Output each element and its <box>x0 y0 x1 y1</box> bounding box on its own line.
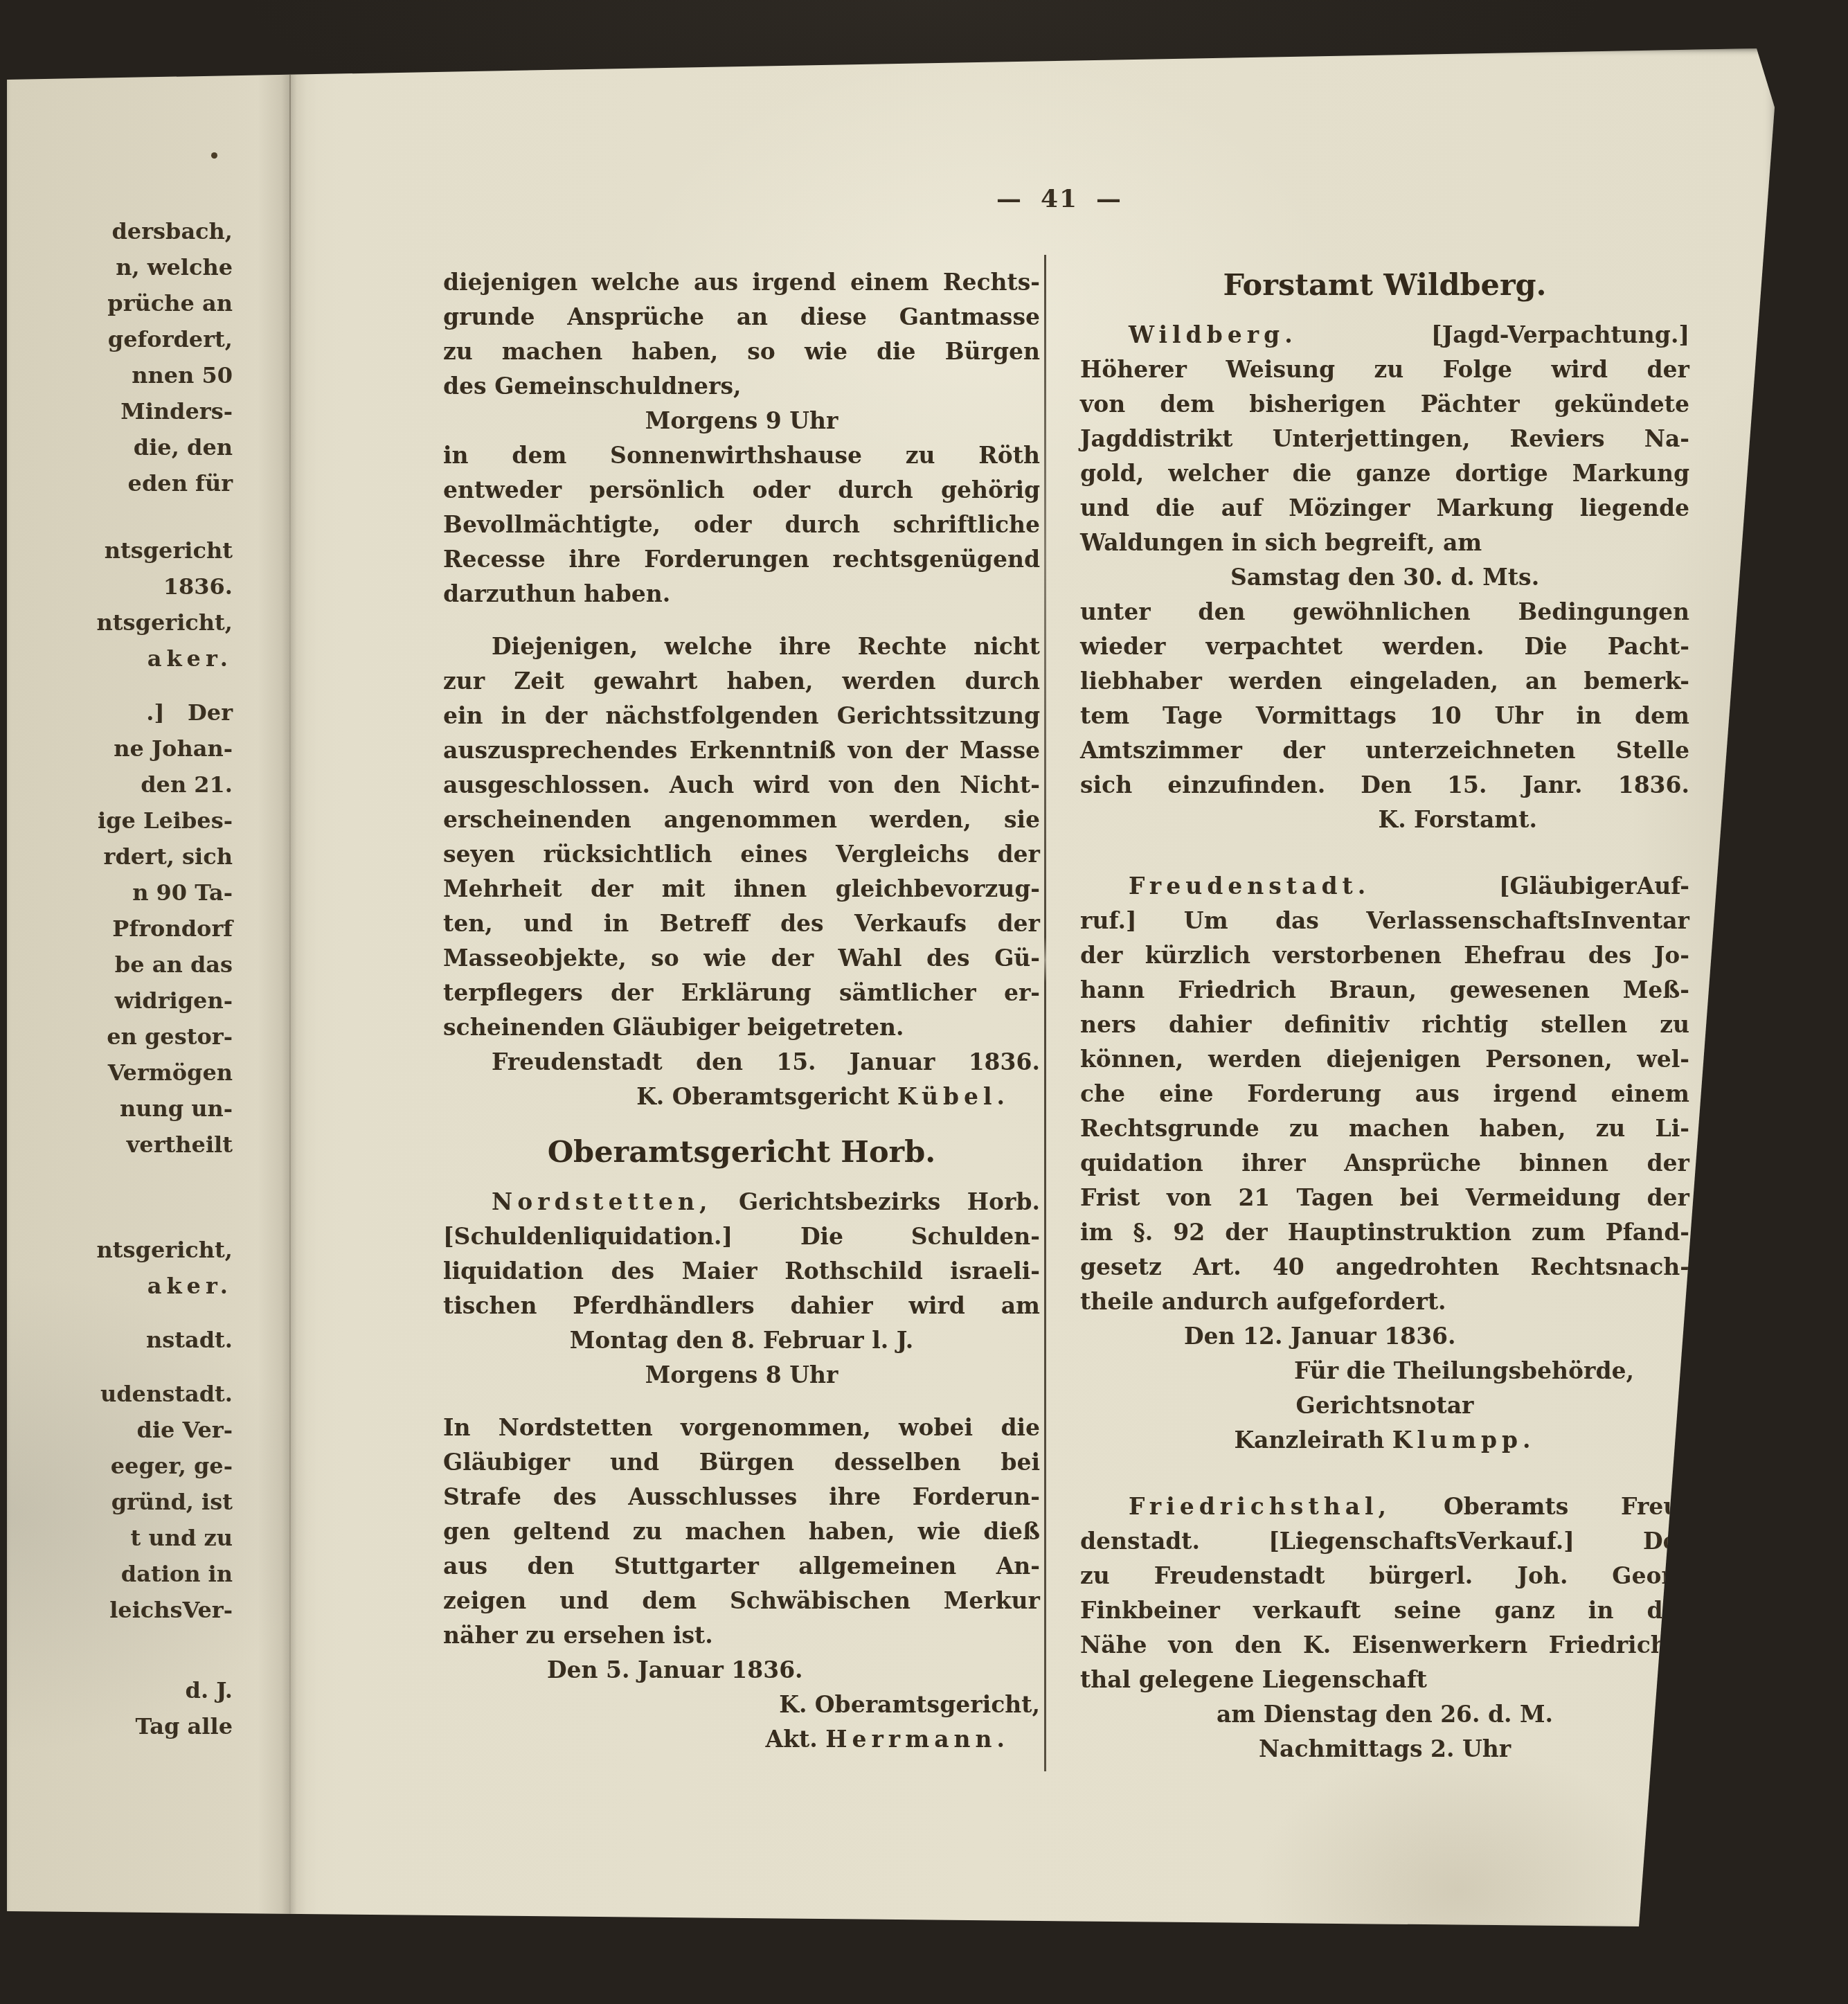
notice-gant-roeth: diejenigen welche aus irgend einem Recht… <box>443 265 1040 611</box>
text-line: Strafe des Ausschlusses ihre Forderun- <box>443 1480 1040 1514</box>
text-line: gold, welcher die ganze dortige Markung <box>1080 456 1689 491</box>
text-line: grunde Ansprüche an diese Gantmasse <box>443 300 1040 334</box>
text-line: können, werden diejenigen Personen, wel- <box>1080 1042 1689 1077</box>
text-line: widrigen- <box>7 983 235 1019</box>
text-line: zu machen haben, so wie die Bürgen <box>443 334 1040 369</box>
page-dash-right: — <box>1078 184 1140 213</box>
text-line: Rechtsgrunde zu machen haben, zu Li- <box>1080 1111 1689 1146</box>
text-line: die, den <box>7 429 235 465</box>
text-line: Für die Theilungsbehörde, <box>1080 1354 1689 1388</box>
text-line: des Gemeinschuldners, <box>443 369 1040 404</box>
text-line: Höherer Weisung zu Folge wird der <box>1080 352 1689 387</box>
text-line: näher zu ersehen ist. <box>443 1618 1040 1653</box>
text-line: Morgens 8 Uhr <box>443 1358 1040 1393</box>
text-line: der kürzlich verstorbenen Ehefrau des Jo… <box>1080 938 1689 973</box>
text-line: Amtszimmer der unterzeichneten Stelle <box>1080 733 1689 768</box>
text-line: nstadt. <box>7 1322 235 1358</box>
text-line: tischen Pferdhändlers dahier wird am <box>443 1289 1040 1323</box>
text-line: aker. <box>7 1268 235 1304</box>
text-line: 1836. <box>7 569 235 605</box>
letterspaced-text: Friedrichsthal, <box>1129 1493 1391 1520</box>
text-line: Bevollmächtigte, oder durch schriftliche <box>443 508 1040 542</box>
text-line: diejenigen welche aus irgend einem Recht… <box>443 265 1040 300</box>
text-line: ige Leibes- <box>7 803 235 839</box>
text-line: nung un- <box>7 1091 235 1127</box>
text-line: scheinenden Gläubiger beigetreten. <box>443 1010 1040 1045</box>
notice-gant-roeth-2: Diejenigen, welche ihre Rechte nichtzur … <box>443 629 1040 1114</box>
text-line: udenstadt. <box>7 1376 235 1412</box>
text-line: K. Oberamtsgericht, <box>443 1688 1040 1722</box>
text-line: theile andurch aufgefordert. <box>1080 1285 1689 1319</box>
text-line: unter den gewöhnlichen Bedingungen <box>1080 595 1689 629</box>
text-line: darzuthun haben. <box>443 577 1040 611</box>
text-line: Tag alle <box>7 1708 235 1744</box>
page-fold-shadow <box>258 47 317 1928</box>
text-line: Frist von 21 Tagen bei Vermeidung der <box>1080 1181 1689 1215</box>
text-run: Gerichtsbezirks Horb. <box>712 1188 1040 1215</box>
text-run: [GläubigerAuf- <box>1370 873 1689 900</box>
text-line: Den 12. Januar 1836. <box>1080 1319 1689 1354</box>
text-line: wieder verpachtet werden. Die Pacht- <box>1080 629 1689 664</box>
fragment-group: .] Derne Johan-den 21.ige Leibes-rdert, … <box>7 695 235 1163</box>
letterspaced-text: Herrmann. <box>825 1726 1010 1753</box>
scan-background: dersbach,n, welcheprüche angefordert,nne… <box>0 0 1848 2004</box>
text-line: leichsVer- <box>7 1592 235 1628</box>
text-line: Samstag den 30. d. Mts. <box>1080 560 1689 595</box>
text-line: ners dahier definitiv richtig stellen zu <box>1080 1008 1689 1042</box>
fragment-group: dersbach,n, welcheprüche angefordert,nne… <box>7 213 235 501</box>
fragment-group: d. J.Tag alle <box>7 1672 235 1744</box>
text-line: d. J. <box>7 1672 235 1708</box>
text-line: Wildberg. [Jagd-Verpachtung.] <box>1080 318 1689 352</box>
text-line: terpflegers der Erklärung sämtlicher er- <box>443 976 1040 1010</box>
text-line: gefordert, <box>7 321 235 357</box>
text-line: Kanzleirath Klumpp. <box>1080 1423 1689 1458</box>
text-line: ruf.] Um das VerlassenschaftsInventar <box>1080 904 1689 938</box>
text-line: entweder persönlich oder durch gehörig <box>443 473 1040 508</box>
page-number: 41 <box>1041 184 1078 213</box>
text-line: Pfrondorf <box>7 911 235 947</box>
column-right: Forstamt Wildberg.Wildberg. [Jagd-Verpac… <box>1080 250 1689 1766</box>
notice-nordstetten-2: In Nordstetten vorgenommen, wobei dieGlä… <box>443 1411 1040 1757</box>
text-line: in dem Sonnenwirthshause zu Röth <box>443 438 1040 473</box>
letterspaced-text: Freudenstadt. <box>1129 873 1370 900</box>
text-line: ten, und in Betreff des Verkaufs der <box>443 906 1040 941</box>
text-run: [Jagd-Verpachtung.] <box>1298 321 1689 348</box>
fragment-group: nstadt. <box>7 1322 235 1358</box>
letterspaced-text: Klumpp. <box>1392 1426 1536 1453</box>
text-line: Recesse ihre Forderungen rechtsgenügend <box>443 542 1040 577</box>
notice-nordstetten: Nordstetten, Gerichtsbezirks Horb.[Schul… <box>443 1185 1040 1393</box>
text-line: en gestor- <box>7 1019 235 1055</box>
text-line: gründ, ist <box>7 1484 235 1520</box>
text-line: im §. 92 der Hauptinstruktion zum Pfand- <box>1080 1215 1689 1250</box>
text-run: K. Oberamtsgericht <box>636 1083 897 1110</box>
notice-wildberg: Wildberg. [Jagd-Verpachtung.]Höherer Wei… <box>1080 318 1689 837</box>
text-line: die Ver- <box>7 1412 235 1448</box>
text-line: am Dienstag den 26. d. M. <box>1080 1697 1689 1732</box>
text-line: Montag den 8. Februar l. J. <box>443 1323 1040 1358</box>
notice-freudenstadt: Freudenstadt. [GläubigerAuf-ruf.] Um das… <box>1080 869 1689 1458</box>
text-line: K. Forstamt. <box>1080 803 1689 837</box>
text-line: dation in <box>7 1556 235 1592</box>
letterspaced-text: Kübel. <box>897 1083 1010 1110</box>
column-left: diejenigen welche aus irgend einem Recht… <box>443 265 1040 1757</box>
text-line: Mehrheit der mit ihnen gleichbevorzug- <box>443 872 1040 906</box>
text-line: Akt. Herrmann. <box>443 1722 1040 1757</box>
letterspaced-text: Wildberg. <box>1129 321 1298 348</box>
page-dash-left: — <box>978 184 1041 213</box>
text-line: [Schuldenliquidation.] Die Schulden- <box>443 1219 1040 1254</box>
text-line: ausgeschlossen. Auch wird von den Nicht- <box>443 768 1040 803</box>
text-line: denstadt. [LiegenschaftsVerkauf.] Der <box>1080 1524 1689 1559</box>
text-line: Den 5. Januar 1836. <box>443 1653 1040 1688</box>
text-line: Nähe von den K. Eisenwerkern Friedrichs- <box>1080 1628 1689 1663</box>
text-line: Vermögen <box>7 1055 235 1091</box>
newspaper-spread: dersbach,n, welcheprüche angefordert,nne… <box>7 47 1777 1928</box>
text-run: Oberamts Freu- <box>1391 1493 1689 1520</box>
text-line: Freudenstadt. [GläubigerAuf- <box>1080 869 1689 904</box>
fragment-group: ntsgericht1836.ntsgericht,aker. <box>7 533 235 677</box>
text-line: ntsgericht, <box>7 1232 235 1268</box>
text-line: den 21. <box>7 767 235 803</box>
text-line: Freudenstadt den 15. Januar 1836. <box>443 1045 1040 1080</box>
text-line: liquidation des Maier Rothschild israeli… <box>443 1254 1040 1289</box>
section-heading: Forstamt Wildberg. <box>1080 265 1689 305</box>
text-line: eeger, ge- <box>7 1448 235 1484</box>
letterspaced-text: Nordstetten, <box>492 1188 712 1215</box>
notice-friedrichsthal: Friedrichsthal, Oberamts Freu-denstadt. … <box>1080 1489 1689 1766</box>
text-line: aus den Stuttgarter allgemeinen An- <box>443 1549 1040 1584</box>
text-run: Kanzleirath <box>1234 1426 1392 1453</box>
text-line: erscheinenden angenommen werden, sie <box>443 803 1040 837</box>
text-line: be an das <box>7 947 235 983</box>
ink-speck <box>211 152 217 159</box>
text-line: von dem bisherigen Pächter gekündete <box>1080 387 1689 422</box>
text-line: vertheilt <box>7 1127 235 1163</box>
text-line: auszusprechendes Erkenntniß von der Mass… <box>443 733 1040 768</box>
text-line: aker. <box>7 641 235 677</box>
text-line: n 90 Ta- <box>7 875 235 911</box>
text-line: Nordstetten, Gerichtsbezirks Horb. <box>443 1185 1040 1219</box>
text-line: Gerichtsnotar <box>1080 1388 1689 1423</box>
text-line: Masseobjekte, so wie der Wahl des Gü- <box>443 941 1040 976</box>
text-line: sich einzufinden. Den 15. Janr. 1836. <box>1080 768 1689 803</box>
text-line: ntsgericht, <box>7 605 235 641</box>
text-line: Nachmittags 2. Uhr <box>1080 1732 1689 1766</box>
text-line: Jagddistrikt Unterjettingen, Reviers Na- <box>1080 422 1689 456</box>
text-line: tem Tage Vormittags 10 Uhr in dem <box>1080 699 1689 733</box>
section-heading: Oberamtsgericht Horb. <box>443 1132 1040 1172</box>
text-line: nnen 50 <box>7 357 235 393</box>
fragment-group: ntsgericht,aker. <box>7 1232 235 1304</box>
text-line: thal gelegene Liegenschaft <box>1080 1663 1689 1697</box>
text-line: rdert, sich <box>7 839 235 875</box>
text-line: eden für <box>7 465 235 501</box>
text-line: ne Johan- <box>7 731 235 767</box>
text-line: ntsgericht <box>7 533 235 569</box>
text-line: gesetz Art. 40 angedrohten Rechtsnach- <box>1080 1250 1689 1285</box>
column-divider-rule <box>1044 255 1046 1771</box>
text-line: seyen rücksichtlich eines Vergleichs der <box>443 837 1040 872</box>
text-line: Minders- <box>7 393 235 429</box>
text-line: gen geltend zu machen haben, wie dieß <box>443 1514 1040 1549</box>
text-line: Finkbeiner verkauft seine ganz in der <box>1080 1593 1689 1628</box>
text-line: Morgens 9 Uhr <box>443 404 1040 438</box>
text-line: n, welche <box>7 249 235 285</box>
text-line: zur Zeit gewahrt haben, werden durch <box>443 664 1040 699</box>
text-line: In Nordstetten vorgenommen, wobei die <box>443 1411 1040 1445</box>
previous-page-edge: dersbach,n, welcheprüche angefordert,nne… <box>7 213 235 1744</box>
text-line: zeigen und dem Schwäbischen Merkur <box>443 1584 1040 1618</box>
text-line: Diejenigen, welche ihre Rechte nicht <box>443 629 1040 664</box>
text-line: Gläubiger und Bürgen desselben bei <box>443 1445 1040 1480</box>
text-line: Waldungen in sich begreift, am <box>1080 526 1689 560</box>
text-line: und die auf Mözinger Markung liegende <box>1080 491 1689 526</box>
text-line: liebhaber werden eingeladen, an bemerk- <box>1080 664 1689 699</box>
text-line: dersbach, <box>7 213 235 249</box>
text-line: K. Oberamtsgericht Kübel. <box>443 1080 1040 1114</box>
text-line: zu Freudenstadt bürgerl. Joh. Georg <box>1080 1559 1689 1593</box>
text-line: ein in der nächstfolgenden Gerichtssitzu… <box>443 699 1040 733</box>
fragment-group: udenstadt.die Ver-eeger, ge-gründ, istt … <box>7 1376 235 1628</box>
text-line: quidation ihrer Ansprüche binnen der <box>1080 1146 1689 1181</box>
text-run: Akt. <box>766 1726 826 1753</box>
text-line: hann Friedrich Braun, gewesenen Meß- <box>1080 973 1689 1008</box>
text-line: .] Der <box>7 695 235 731</box>
text-line: che eine Forderung aus irgend einem <box>1080 1077 1689 1111</box>
text-line: t und zu <box>7 1520 235 1556</box>
page-header: —41— <box>436 184 1683 213</box>
text-line: Friedrichsthal, Oberamts Freu- <box>1080 1489 1689 1524</box>
text-line: prüche an <box>7 285 235 321</box>
